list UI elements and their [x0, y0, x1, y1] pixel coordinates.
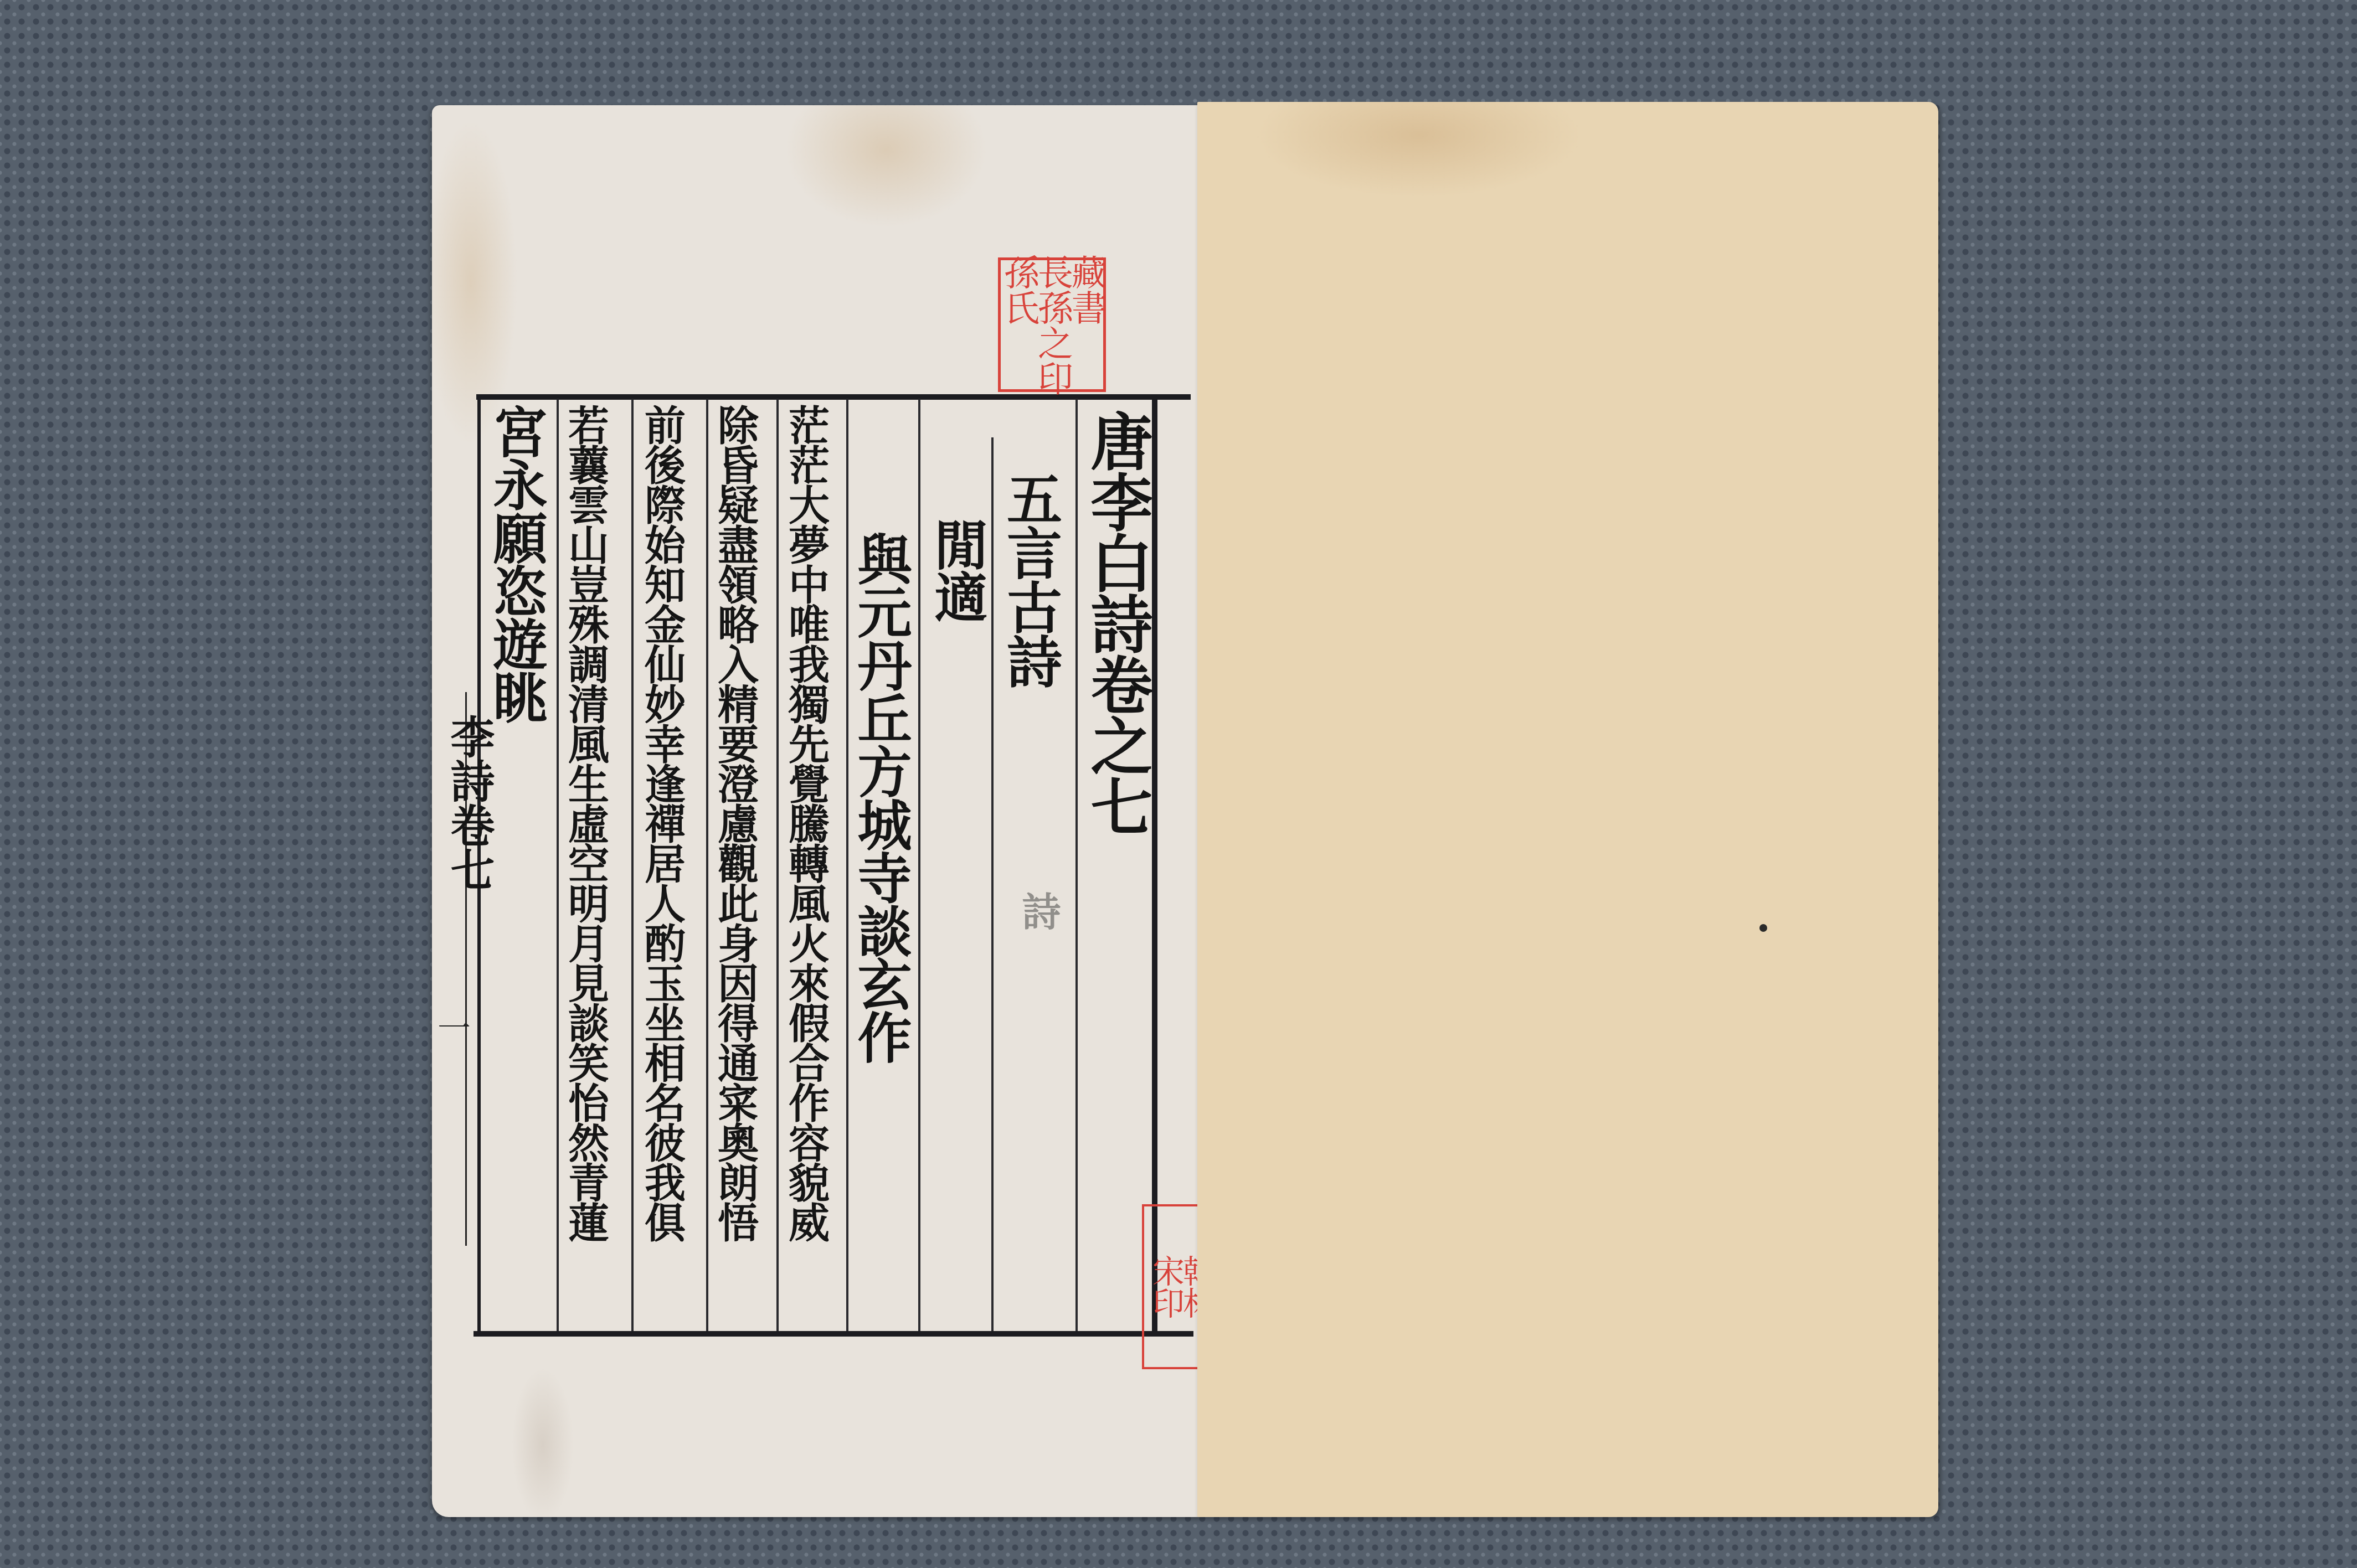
- seal-text: 之印: [1035, 325, 1069, 396]
- poem-column-2: 除昏疑盡領略入精要澄慮觀此身因得通寀奧朗悟: [714, 404, 755, 1241]
- frame-top-border: [476, 394, 1191, 400]
- column-divider: [557, 399, 559, 1331]
- column-divider: [918, 399, 920, 1331]
- column-divider: [1075, 399, 1078, 1331]
- collector-seal-top: 孫氏 長孫 藏書 之印: [998, 257, 1106, 392]
- column-divider: [991, 437, 994, 1331]
- banxin-title: 李詩卷七: [438, 714, 501, 891]
- seal-text: 長孫: [1035, 254, 1069, 325]
- left-printed-page: 唐李白詩卷之七 五言古詩 閒適 與元丹丘方城寺談玄作 茫茫大夢中唯我獨先覺騰轉風…: [432, 105, 1202, 1517]
- ink-spot: [1759, 924, 1767, 932]
- poem-column-1: 茫茫大夢中唯我獨先覺騰轉風火來假合作容貌威: [785, 404, 826, 1241]
- poem-column-5: 宮永願恣遊眺: [488, 404, 543, 723]
- seal-text: 孫氏: [1001, 254, 1035, 325]
- faint-offset-text: 詩: [1019, 891, 1058, 929]
- poem-column-4: 若蘘雲山豈殊調清風生虛空明月見談笑怡然青蓮: [565, 404, 606, 1241]
- section-heading: 五言古詩: [1002, 471, 1058, 688]
- book-title: 唐李白詩卷之七: [1085, 410, 1147, 836]
- column-divider: [631, 399, 634, 1331]
- frame-bottom-border: [474, 1331, 1193, 1337]
- banxin-page-number: 一: [438, 1002, 471, 1050]
- column-divider: [776, 399, 779, 1331]
- right-blank-page: [1197, 102, 1938, 1517]
- poem-title: 與元丹丘方城寺談玄作: [853, 532, 907, 1063]
- seal-text: 宋印: [1150, 1255, 1181, 1319]
- column-divider: [706, 399, 708, 1331]
- category-heading: 閒適: [930, 518, 984, 622]
- poem-column-3: 前後際始知金仙妙幸逢禪居人酌玉坐相名彼我俱: [641, 404, 682, 1241]
- seal-text: 藏書: [1069, 254, 1103, 325]
